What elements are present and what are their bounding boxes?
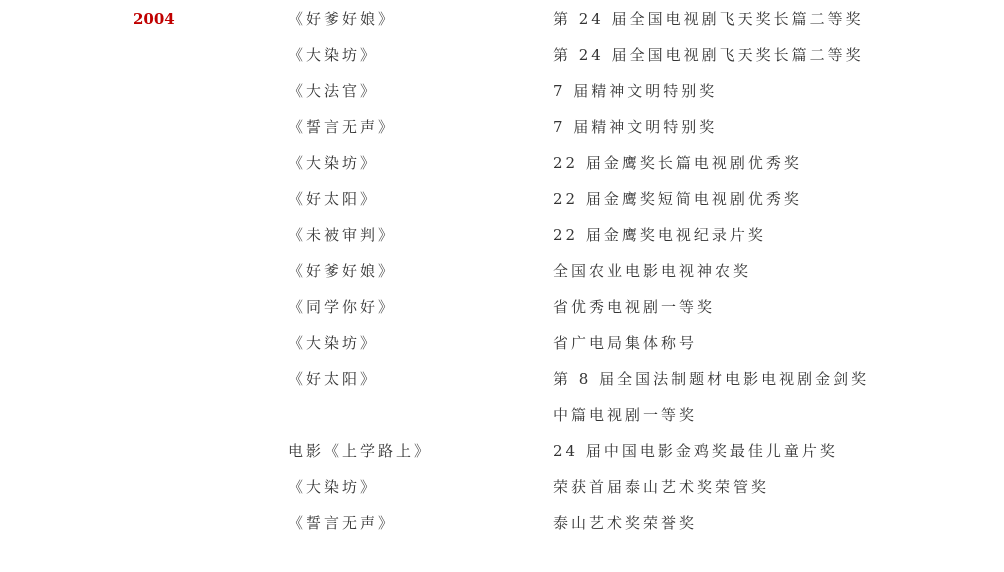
award-row-continuation: 中篇电视剧一等奖 [0,396,1004,432]
work-title: 《好爹好娘》 [288,261,396,281]
work-title: 《大染坊》 [288,153,378,173]
award-row: 《大染坊》 省广电局集体称号 [0,324,1004,360]
award-row: 《好太阳》 22 届金鹰奖短简电视剧优秀奖 [0,180,1004,216]
work-title: 《誓言无声》 [288,513,396,533]
award-name: 中篇电视剧一等奖 [553,405,697,425]
award-name: 22 届金鹰奖短简电视剧优秀奖 [553,189,802,209]
awards-page: 2004 《好爹好娘》 第 24 届全国电视剧飞天奖长篇二等奖 《大染坊》 第 … [0,0,1004,572]
work-title: 《大法官》 [288,81,378,101]
award-row: 《未被审判》 22 届金鹰奖电视纪录片奖 [0,216,1004,252]
award-row: 《誓言无声》 泰山艺术奖荣誉奖 [0,504,1004,540]
award-name: 省广电局集体称号 [553,333,697,353]
work-title: 《大染坊》 [288,45,378,65]
award-row: 《誓言无声》 7 届精神文明特别奖 [0,108,1004,144]
award-name: 泰山艺术奖荣誉奖 [553,513,697,533]
award-name: 全国农业电影电视神农奖 [553,261,751,281]
work-title: 《大染坊》 [288,333,378,353]
award-name: 22 届金鹰奖电视纪录片奖 [553,225,766,245]
work-title: 《好太阳》 [288,189,378,209]
work-title: 《同学你好》 [288,297,396,317]
award-row: 《好太阳》 第 8 届全国法制题材电影电视剧金剑奖 [0,360,1004,396]
work-title: 《誓言无声》 [288,117,396,137]
award-name: 24 届中国电影金鸡奖最佳儿童片奖 [553,441,838,461]
award-name: 7 届精神文明特别奖 [553,81,717,101]
work-title: 《好太阳》 [288,369,378,389]
award-row: 《好爹好娘》 第 24 届全国电视剧飞天奖长篇二等奖 [0,0,1004,36]
award-name: 省优秀电视剧一等奖 [553,297,715,317]
award-name: 7 届精神文明特别奖 [553,117,717,137]
award-row: 《大染坊》 22 届金鹰奖长篇电视剧优秀奖 [0,144,1004,180]
work-title: 《未被审判》 [288,225,396,245]
award-row: 电影《上学路上》 24 届中国电影金鸡奖最佳儿童片奖 [0,432,1004,468]
work-title: 《大染坊》 [288,477,378,497]
award-name: 22 届金鹰奖长篇电视剧优秀奖 [553,153,802,173]
award-row: 《同学你好》 省优秀电视剧一等奖 [0,288,1004,324]
award-name: 荣获首届泰山艺术奖荣管奖 [553,477,769,497]
work-title: 《好爹好娘》 [288,9,396,29]
award-row: 《大法官》 7 届精神文明特别奖 [0,72,1004,108]
award-name: 第 24 届全国电视剧飞天奖长篇二等奖 [553,9,864,29]
award-row: 《大染坊》 第 24 届全国电视剧飞天奖长篇二等奖 [0,36,1004,72]
award-name: 第 24 届全国电视剧飞天奖长篇二等奖 [553,45,864,65]
award-row: 《大染坊》 荣获首届泰山艺术奖荣管奖 [0,468,1004,504]
work-title: 电影《上学路上》 [288,441,432,461]
award-row: 《好爹好娘》 全国农业电影电视神农奖 [0,252,1004,288]
award-name: 第 8 届全国法制题材电影电视剧金剑奖 [553,369,869,389]
